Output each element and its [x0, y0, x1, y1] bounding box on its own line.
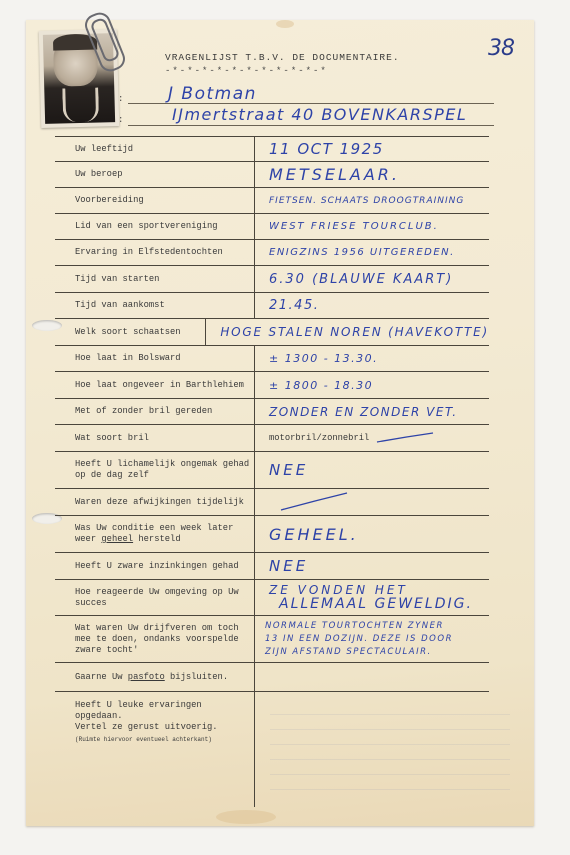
- name-field[interactable]: J Botman: [168, 84, 257, 104]
- question-label: Tijd van aankomst: [55, 293, 255, 318]
- address-line: [128, 125, 494, 126]
- question-label: Wat soort bril: [55, 425, 255, 451]
- answer-field[interactable]: METSELAAR.: [269, 165, 400, 184]
- question-label: Hoe laat ongeveer in Barthlehiem: [55, 372, 255, 398]
- question-label: Hoe reageerde Uw omgeving op Uw succes: [55, 580, 255, 615]
- question-label: Met of zonder bril gereden: [55, 399, 255, 424]
- answer-field[interactable]: ± 1800 - 18.30: [269, 379, 373, 392]
- name-colon: :: [118, 94, 123, 104]
- row-drijfveren: Wat waren Uw drijfveren om toch mee te d…: [55, 616, 489, 663]
- row-starten: Tijd van starten 6.30 (BLAUWE KAART): [55, 266, 489, 293]
- answer-field[interactable]: motorbril/zonnebril: [269, 433, 369, 443]
- row-barthlehiem: Hoe laat ongeveer in Barthlehiem ± 1800 …: [55, 372, 489, 399]
- row-conditie: Was Uw conditie een week later weer gehe…: [55, 516, 489, 553]
- address-field[interactable]: IJmertstraat 40 BOVENKARSPEL: [172, 105, 467, 124]
- row-afwijkingen: Waren deze afwijkingen tijdelijk: [55, 489, 489, 516]
- question-label: Heeft U leuke ervaringen opgedaan. Verte…: [55, 692, 255, 807]
- question-label: Lid van een sportvereniging: [55, 214, 255, 239]
- question-label: Welk soort schaatsen: [55, 319, 206, 345]
- row-ongemak: Heeft U lichamelijk ongemak gehad op de …: [55, 452, 489, 489]
- question-label: Ervaring in Elfstedentochten: [55, 240, 255, 265]
- row-soort-bril: Wat soort bril motorbril/zonnebril: [55, 425, 489, 452]
- row-aankomst: Tijd van aankomst 21.45.: [55, 293, 489, 319]
- answer-field[interactable]: NEE: [269, 461, 308, 479]
- row-ervaring: Ervaring in Elfstedentochten ENIGZINS 19…: [55, 240, 489, 266]
- address-colon: :: [118, 115, 123, 125]
- row-sportvereniging: Lid van een sportvereniging WEST FRIESE …: [55, 214, 489, 240]
- question-label: Gaarne Uw pasfoto bijsluiten.: [55, 663, 255, 691]
- answer-field[interactable]: 6.30 (BLAUWE KAART): [269, 272, 453, 287]
- question-label: Voorbereiding: [55, 188, 255, 213]
- answer-field[interactable]: [255, 663, 489, 691]
- question-label: Wat waren Uw drijfveren om toch mee te d…: [55, 616, 255, 662]
- row-bril-gereden: Met of zonder bril gereden ZONDER EN ZON…: [55, 399, 489, 425]
- answer-field[interactable]: HOGE STALEN NOREN (HAVEKOTTE): [220, 325, 489, 339]
- answer-field[interactable]: 21.45.: [269, 298, 319, 313]
- question-label: Tijd van starten: [55, 266, 255, 292]
- answer-field-line2[interactable]: 13 IN EEN DOZIJN. DEZE IS DOOR: [265, 633, 453, 646]
- answer-field-line1[interactable]: ZE VONDEN HET: [269, 584, 408, 597]
- answer-field[interactable]: FIETSEN. SCHAATS DROOGTRAINING: [269, 196, 464, 206]
- pen-stroke-icon: [279, 491, 349, 513]
- paper-stain: [216, 810, 276, 824]
- row-leeftijd: Uw leeftijd 11 OCT 1925: [55, 136, 489, 162]
- question-label: Uw leeftijd: [55, 137, 255, 161]
- bleed-through-writing: [270, 700, 510, 790]
- question-label: Uw beroep: [55, 162, 255, 187]
- question-label: Heeft U lichamelijk ongemak gehad op de …: [55, 452, 255, 488]
- question-label: Was Uw conditie een week later weer gehe…: [55, 516, 255, 552]
- paper-stain: [276, 20, 294, 28]
- page-number: 38: [488, 36, 514, 61]
- document-title: VRAGENLIJST T.B.V. DE DOCUMENTAIRE.: [165, 52, 400, 63]
- row-voorbereiding: Voorbereiding FIETSEN. SCHAATS DROOGTRAI…: [55, 188, 489, 214]
- row-schaatsen: Welk soort schaatsen HOGE STALEN NOREN (…: [55, 319, 489, 346]
- answer-field[interactable]: WEST FRIESE TOURCLUB.: [269, 221, 439, 232]
- row-beroep: Uw beroep METSELAAR.: [55, 162, 489, 188]
- row-pasfoto: Gaarne Uw pasfoto bijsluiten.: [55, 663, 489, 692]
- row-omgeving: Hoe reageerde Uw omgeving op Uw succes Z…: [55, 580, 489, 616]
- answer-field[interactable]: ZONDER EN ZONDER VET.: [269, 405, 458, 419]
- answer-field[interactable]: ± 1300 - 13.30.: [269, 352, 378, 365]
- answer-field[interactable]: 11 OCT 1925: [269, 140, 384, 158]
- question-label: Waren deze afwijkingen tijdelijk: [55, 489, 255, 515]
- title-underline: -*-*-*-*-*-*-*-*-*-*-*: [165, 66, 328, 76]
- answer-field-line1[interactable]: NORMALE TOURTOCHTEN ZYNER: [265, 620, 444, 633]
- question-label: Hoe laat in Bolsward: [55, 346, 255, 371]
- answer-field-line3[interactable]: ZIJN AFSTAND SPECTACULAIR.: [265, 646, 432, 659]
- question-label: Heeft U zware inzinkingen gehad: [55, 553, 255, 579]
- answer-field[interactable]: NEE: [269, 557, 308, 575]
- answer-field[interactable]: GEHEEL.: [269, 525, 359, 544]
- row-inzinkingen: Heeft U zware inzinkingen gehad NEE: [55, 553, 489, 580]
- answer-field[interactable]: ENIGZINS 1956 UITGEREDEN.: [269, 247, 455, 258]
- answer-field-line2[interactable]: ALLEMAAL GEWELDIG.: [269, 597, 473, 612]
- pen-stroke-icon: [375, 431, 435, 445]
- row-bolsward: Hoe laat in Bolsward ± 1300 - 13.30.: [55, 346, 489, 372]
